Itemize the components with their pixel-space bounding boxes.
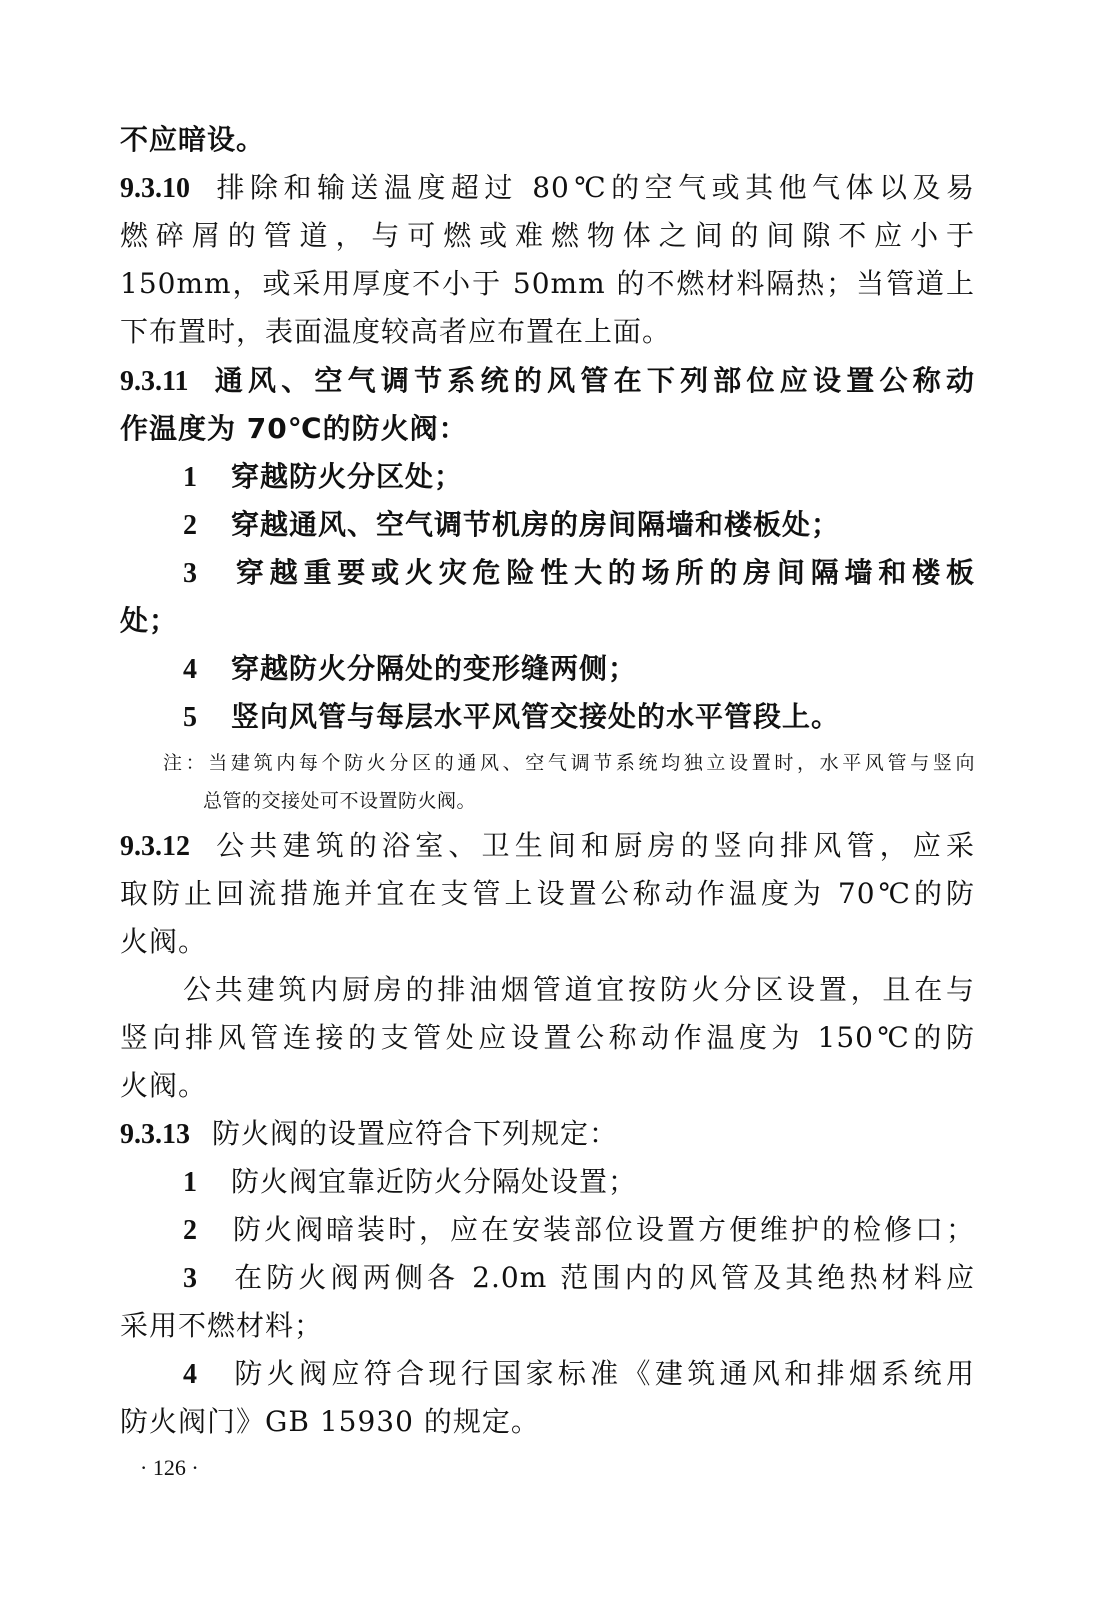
list-item: 2穿越通风、空气调节机房的房间隔墙和楼板处； — [183, 505, 975, 546]
list-item-text: 穿越重要或火灾危险性大的场所的房间隔墙和楼板 — [231, 556, 975, 589]
list-item-number: 5 — [183, 698, 231, 738]
list-item: 3穿越重要或火灾危险性大的场所的房间隔墙和楼板 — [183, 553, 975, 594]
list-item-text: 穿越防火分隔处的变形缝两侧； — [231, 652, 637, 685]
list-item-continuation: 采用不燃材料； — [120, 1306, 975, 1346]
list-item-number: 4 — [183, 650, 231, 690]
paragraph-line: 作温度为 70℃的防火阀： — [120, 409, 975, 449]
list-item: 3在防火阀两侧各 2.0m 范围内的风管及其绝热材料应 — [183, 1258, 975, 1299]
clause-text: 排除和输送温度超过 80℃的空气或其他气体以及易 — [212, 171, 975, 204]
clause-number: 9.3.12 — [120, 831, 190, 862]
list-item: 2防火阀暗装时，应在安装部位设置方便维护的检修口； — [183, 1210, 975, 1251]
paragraph-line: 150mm，或采用厚度不小于 50mm 的不燃材料隔热；当管道上 — [120, 264, 975, 304]
list-item-continuation: 处； — [120, 601, 975, 641]
clause-number: 9.3.11 — [120, 366, 188, 397]
paragraph-line: 燃碎屑的管道，与可燃或难燃物体之间的间隙不应小于 — [120, 216, 975, 256]
list-item-text: 竖向风管与每层水平风管交接处的水平管段上。 — [231, 700, 840, 733]
list-item-text: 防火阀暗装时，应在安装部位设置方便维护的检修口； — [231, 1213, 975, 1246]
paragraph-line: 下布置时，表面温度较高者应布置在上面。 — [120, 312, 975, 352]
note-line: 总管的交接处可不设置防火阀。 — [203, 787, 1015, 815]
list-item-number: 2 — [183, 506, 231, 546]
list-item-text: 防火阀宜靠近防火分隔处设置； — [231, 1165, 637, 1198]
paragraph-line: 取防止回流措施并宜在支管上设置公称动作温度为 70℃的防 — [120, 874, 975, 914]
paragraph-line: 竖向排风管连接的支管处应设置公称动作温度为 150℃的防 — [120, 1018, 975, 1058]
clause-text: 通风、空气调节系统的风管在下列部位应设置公称动 — [210, 364, 975, 397]
list-item-number: 3 — [183, 1259, 231, 1299]
paragraph-line: 不应暗设。 — [120, 120, 975, 160]
list-item-number: 4 — [183, 1355, 231, 1395]
page-number: · 126 · — [140, 1455, 199, 1481]
clause-number: 9.3.10 — [120, 173, 190, 204]
list-item-number: 3 — [183, 554, 231, 594]
list-item: 4防火阀应符合现行国家标准《建筑通风和排烟系统用 — [183, 1354, 975, 1395]
list-item: 1穿越防火分区处； — [183, 457, 975, 498]
paragraph-line: 火阀。 — [120, 922, 975, 962]
list-item-text: 穿越防火分区处； — [231, 460, 463, 493]
clause-9-3-11: 9.3.11通风、空气调节系统的风管在下列部位应设置公称动 — [120, 361, 975, 402]
list-item: 4穿越防火分隔处的变形缝两侧； — [183, 649, 975, 690]
paragraph-line: 火阀。 — [120, 1066, 975, 1106]
list-item-text: 穿越通风、空气调节机房的房间隔墙和楼板处； — [231, 508, 840, 541]
clause-9-3-10: 9.3.10排除和输送温度超过 80℃的空气或其他气体以及易 — [120, 168, 975, 209]
clause-9-3-12: 9.3.12公共建筑的浴室、卫生间和厨房的竖向排风管，应采 — [120, 826, 975, 867]
list-item: 1防火阀宜靠近防火分隔处设置； — [183, 1162, 975, 1203]
clause-text: 公共建筑的浴室、卫生间和厨房的竖向排风管，应采 — [212, 829, 975, 862]
note-line: 注：当建筑内每个防火分区的通风、空气调节系统均独立设置时，水平风管与竖向 — [163, 749, 975, 777]
clause-text: 防火阀的设置应符合下列规定： — [212, 1117, 618, 1150]
list-item-number: 2 — [183, 1211, 231, 1251]
list-item: 5竖向风管与每层水平风管交接处的水平管段上。 — [183, 697, 975, 738]
list-item-text: 防火阀应符合现行国家标准《建筑通风和排烟系统用 — [231, 1357, 975, 1390]
list-item-number: 1 — [183, 1163, 231, 1203]
clause-9-3-13: 9.3.13防火阀的设置应符合下列规定： — [120, 1114, 975, 1155]
list-item-continuation: 防火阀门》GB 15930 的规定。 — [120, 1402, 975, 1442]
paragraph-line: 公共建筑内厨房的排油烟管道宜按防火分区设置，且在与 — [183, 970, 975, 1010]
list-item-text: 在防火阀两侧各 2.0m 范围内的风管及其绝热材料应 — [231, 1261, 975, 1294]
document-page: 不应暗设。 9.3.10排除和输送温度超过 80℃的空气或其他气体以及易 燃碎屑… — [0, 0, 1094, 1600]
list-item-number: 1 — [183, 458, 231, 498]
clause-number: 9.3.13 — [120, 1119, 190, 1150]
